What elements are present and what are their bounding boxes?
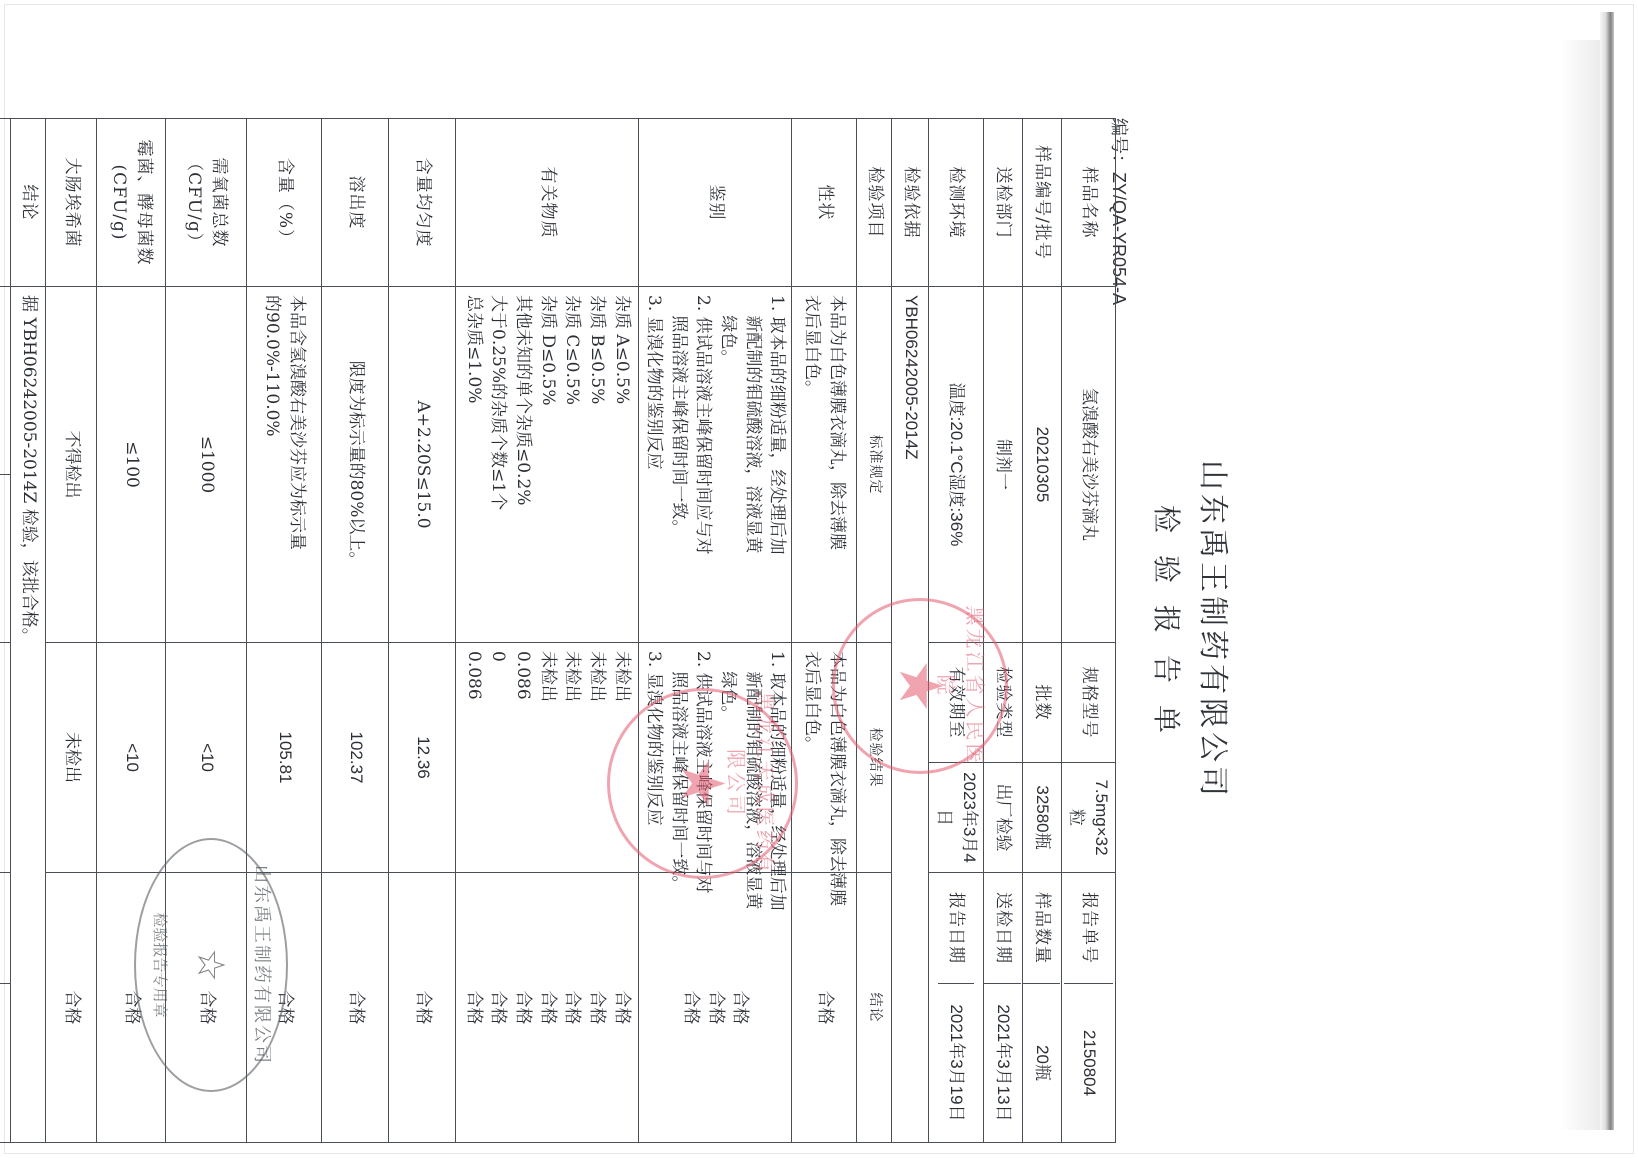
result-cell: 未检出 xyxy=(46,643,97,873)
result-cell: 未检出未检出未检出未检出0.08600.086 xyxy=(456,643,639,873)
result-cell-line: 未检出 xyxy=(535,651,560,864)
test-item-name: 溶出度 xyxy=(322,119,389,287)
test-item-name: 霉菌、酵母菌数(CFU/g) xyxy=(97,119,166,287)
standard-cell: ≤100 xyxy=(97,287,166,643)
conclusion-cell-line: 合格 xyxy=(272,881,297,1134)
standard-cell: 本品为白色薄膜衣滴丸，除去薄膜衣后显白色。 xyxy=(792,287,857,643)
standard-cell: 1. 取本品的细粉适量，经处理后加新配制的钼硫酸溶液，溶液显黄绿色。2. 供试品… xyxy=(639,287,792,643)
conclusion-cell: 合格合格合格 xyxy=(639,873,792,1143)
result-cell-line: <10 xyxy=(194,651,219,864)
standard-cell-line: ≤100 xyxy=(119,295,144,634)
basis-label: 检验依据 xyxy=(892,119,929,287)
inspector-label: 检验人 xyxy=(0,119,11,287)
conclusion-cell-line: 合格 xyxy=(535,881,560,1134)
result-cell-line: 本品为白色薄膜衣滴丸，除去薄膜 xyxy=(824,651,849,864)
conclusion-cell-line: 合格 xyxy=(703,881,728,1134)
row-env: 检测环境 温度:20.1°C湿度:36% 有效期至 2023年3月4日 报告日期… xyxy=(929,119,983,1143)
result-cell-line: <10 xyxy=(119,651,144,864)
test-item-name: 有关物质 xyxy=(456,119,639,287)
conclusion-cell-line: 合格 xyxy=(410,881,435,1134)
test-item-row: 鉴别1. 取本品的细粉适量，经处理后加新配制的钼硫酸溶液，溶液显黄绿色。2. 供… xyxy=(639,119,792,1143)
sample-qty-cell: 样品数量 20瓶 xyxy=(1022,873,1061,1143)
sample-name-label: 样品名称 xyxy=(1061,119,1115,287)
col-header-conclusion: 结论 xyxy=(857,873,892,1143)
conclusion-cell: 合格 xyxy=(792,873,857,1143)
row-basis: 检验依据 YBH06242005-2014Z xyxy=(892,119,929,1143)
dept-value: 制剂一 xyxy=(983,287,1022,643)
standard-cell: 不得检出 xyxy=(46,287,97,643)
conclusion-cell-line: 合格 xyxy=(461,881,486,1134)
result-cell-line: 未检出 xyxy=(560,651,585,864)
conclusion-cell: 合格 xyxy=(97,873,166,1143)
conclusion-cell-line: 合格 xyxy=(812,881,837,1134)
result-cell: <10 xyxy=(166,643,247,873)
expiry-value: 2023年3月4日 xyxy=(929,763,983,873)
result-cell-line: 1. 取本品的细粉适量，经处理后加 xyxy=(765,651,790,864)
company-name: 山东禹王制药有限公司 xyxy=(1194,118,1238,1142)
conclusion-cell-line: 合格 xyxy=(728,881,753,1134)
standard-cell-line: 杂质 C≤0.5% xyxy=(560,295,585,634)
result-cell-line: 新配制的钼硫酸溶液，溶液显黄 xyxy=(740,651,765,864)
conclusion-cell-line: 合格 xyxy=(486,881,511,1134)
type-value: 出厂检验 xyxy=(983,763,1022,873)
result-cell: <10 xyxy=(97,643,166,873)
result-cell-line: 105.81 xyxy=(272,651,297,864)
standard-cell-line: 杂质 D≤0.5% xyxy=(535,295,560,634)
type-label: 检验类型 xyxy=(983,643,1022,763)
row-signatures: 检验人 孙立红 复核人 马雪 批准人 刘丽 xyxy=(0,119,11,1143)
test-item-name: 大肠埃希菌 xyxy=(46,119,97,287)
standard-cell: 限度为标示量的80%以上。 xyxy=(322,287,389,643)
inspection-report-page: 山东禹王制药有限公司 检验报告单 编号：ZY/QA-YR054-A 样品名称 氢… xyxy=(118,118,1308,1142)
test-item-row: 含量（%）本品含氢溴酸右美沙芬应为标示量的90.0%-110.0%105.81合… xyxy=(247,119,322,1143)
conclusion-cell-line: 合格 xyxy=(194,881,219,1134)
standard-cell-line: 本品含氢溴酸右美沙芬应为标示量 xyxy=(284,295,309,634)
test-item-name: 需氧菌总数（CFU/g） xyxy=(166,119,247,287)
conclusion-cell-line: 合格 xyxy=(59,881,84,1134)
result-cell-line: 绿色。 xyxy=(715,651,740,864)
conclusion-cell: 合格 xyxy=(46,873,97,1143)
test-item-row: 大肠埃希菌不得检出未检出合格 xyxy=(46,119,97,1143)
result-cell-line: 照品溶液主峰保留时间一致。 xyxy=(666,651,691,864)
result-cell: 本品为白色薄膜衣滴丸，除去薄膜衣后显白色。 xyxy=(792,643,857,873)
test-item-row: 性状本品为白色薄膜衣滴丸，除去薄膜衣后显白色。本品为白色薄膜衣滴丸，除去薄膜衣后… xyxy=(792,119,857,1143)
test-item-name: 含量均匀度 xyxy=(389,119,456,287)
row-dept: 送检部门 制剂一 检验类型 出厂检验 送检日期 2021年3月13日 xyxy=(983,119,1022,1143)
conclusion-cell-line: 合格 xyxy=(609,881,634,1134)
col-header-result: 检验结果 xyxy=(857,643,892,873)
row-batch: 样品编号/批号 20210305 批数 32580瓶 样品数量 20瓶 xyxy=(1022,119,1061,1143)
reviewer-label: 复核人 xyxy=(0,475,11,643)
conclusion-cell: 合格 xyxy=(322,873,389,1143)
inspector-name: 孙立红 xyxy=(0,287,11,475)
result-cell-line: 102.37 xyxy=(343,651,368,864)
report-title: 检验报告单 xyxy=(1148,118,1188,1142)
conclusion-cell: 合格 xyxy=(389,873,456,1143)
test-item-row: 含量均匀度A+2.20S≤15.012.36合格 xyxy=(389,119,456,1143)
report-no-cell: 报告单号 2150804 xyxy=(1061,873,1115,1143)
standard-cell-line: 的90.0%-110.0% xyxy=(260,295,285,634)
result-cell-line: 未检出 xyxy=(584,651,609,864)
standard-cell: A+2.20S≤15.0 xyxy=(389,287,456,643)
report-no-label: 报告单号 xyxy=(1064,873,1113,984)
final-conclusion-label: 结论 xyxy=(11,119,46,287)
test-item-name: 含量（%） xyxy=(247,119,322,287)
conclusion-cell-line: 合格 xyxy=(119,881,144,1134)
test-item-row: 霉菌、酵母菌数(CFU/g)≤100<10合格 xyxy=(97,119,166,1143)
standard-cell-line: 本品为白色薄膜衣滴丸，除去薄膜 xyxy=(824,295,849,634)
standard-cell: 杂质 A≤0.5%杂质 B≤0.5%杂质 C≤0.5%杂质 D≤0.5%其他未知… xyxy=(456,287,639,643)
result-cell: 12.36 xyxy=(389,643,456,873)
standard-cell-line: 绿色。 xyxy=(715,295,740,634)
spec-label: 规格型号 xyxy=(1061,643,1115,763)
test-item-name: 鉴别 xyxy=(639,119,792,287)
conclusion-cell-line: 合格 xyxy=(560,881,585,1134)
sample-name-value: 氢溴酸右美沙芬滴丸 xyxy=(1061,287,1115,643)
test-item-row: 需氧菌总数（CFU/g）≤1000<10合格 xyxy=(166,119,247,1143)
result-cell-line: 0.086 xyxy=(461,651,486,864)
scan-shadow xyxy=(1560,40,1600,1130)
report-date-value: 2021年3月19日 xyxy=(938,984,975,1142)
sample-qty-label: 样品数量 xyxy=(1023,873,1060,984)
standard-cell-line: 衣后显白色。 xyxy=(800,295,825,634)
approver-label: 批准人 xyxy=(0,873,10,984)
result-cell-line: 0.086 xyxy=(510,651,535,864)
standard-cell-line: 照品溶液主峰保留时间一致。 xyxy=(666,295,691,634)
basis-value: YBH06242005-2014Z xyxy=(892,287,929,1143)
batch-qty-value: 32580瓶 xyxy=(1022,763,1061,873)
standard-cell-line: 1. 取本品的细粉适量，经处理后加 xyxy=(765,295,790,634)
result-cell-line: 0 xyxy=(486,651,511,864)
standard-cell-line: 新配制的钼硫酸溶液，溶液显黄 xyxy=(740,295,765,634)
env-value: 温度:20.1°C湿度:36% xyxy=(929,287,983,643)
report-date-cell: 报告日期 2021年3月19日 xyxy=(929,873,983,1143)
report-date-label: 报告日期 xyxy=(938,873,975,984)
conclusion-cell: 合格 xyxy=(166,873,247,1143)
conclusion-cell-line: 合格 xyxy=(584,881,609,1134)
report-no-value: 2150804 xyxy=(1064,984,1113,1142)
env-label: 检测环境 xyxy=(929,119,983,287)
test-items: 性状本品为白色薄膜衣滴丸，除去薄膜衣后显白色。本品为白色薄膜衣滴丸，除去薄膜衣后… xyxy=(46,119,857,1143)
submit-date-value: 2021年3月13日 xyxy=(984,984,1021,1142)
batch-value: 20210305 xyxy=(1022,287,1061,643)
row-final-conclusion: 结论 据 YBH06242005-2014Z 检验，该批合格。 xyxy=(11,119,46,1143)
result-cell-line: 2. 供试品溶液主峰保留时间与对 xyxy=(691,651,716,864)
standard-cell: ≤1000 xyxy=(166,287,247,643)
inspection-table: 样品名称 氢溴酸右美沙芬滴丸 规格型号 7.5mg×32粒 报告单号 21508… xyxy=(0,118,1116,1143)
col-header-item: 检验项目 xyxy=(857,119,892,287)
conclusion-cell: 合格合格合格合格合格合格合格 xyxy=(456,873,639,1143)
conclusion-cell-line: 合格 xyxy=(678,881,703,1134)
expiry-label: 有效期至 xyxy=(929,643,983,763)
standard-cell-line: 不得检出 xyxy=(59,295,84,634)
batch-label: 样品编号/批号 xyxy=(1022,119,1061,287)
conclusion-cell-line: 合格 xyxy=(510,881,535,1134)
spec-value: 7.5mg×32粒 xyxy=(1061,763,1115,873)
row-sample-name: 样品名称 氢溴酸右美沙芬滴丸 规格型号 7.5mg×32粒 报告单号 21508… xyxy=(1061,119,1115,1143)
standard-cell-line: A+2.20S≤15.0 xyxy=(410,295,435,634)
standard-cell-line: 杂质 B≤0.5% xyxy=(584,295,609,634)
result-cell-line: 12.36 xyxy=(410,651,435,864)
conclusion-cell: 合格 xyxy=(247,873,322,1143)
standard-cell-line: 2. 供试品溶液主峰保留时间应与对 xyxy=(691,295,716,634)
result-cell: 105.81 xyxy=(247,643,322,873)
test-item-row: 溶出度限度为标示量的80%以上。102.37合格 xyxy=(322,119,389,1143)
test-item-name: 性状 xyxy=(792,119,857,287)
standard-cell-line: 3. 显溴化物的鉴别反应 xyxy=(642,295,667,634)
result-cell-line: 未检出 xyxy=(59,651,84,864)
standard-cell-line: 限度为标示量的80%以上。 xyxy=(343,295,368,634)
document-header: 山东禹王制药有限公司 检验报告单 编号：ZY/QA-YR054-A xyxy=(1098,118,1308,1142)
dept-label: 送检部门 xyxy=(983,119,1022,287)
result-cell: 1. 取本品的细粉适量，经处理后加新配制的钼硫酸溶液，溶液显黄绿色。2. 供试品… xyxy=(639,643,792,873)
standard-cell-line: 大于0.25%的杂质个数≤1个 xyxy=(486,295,511,634)
row-column-headers: 检验项目 标准规定 检验结果 结论 xyxy=(857,119,892,1143)
approver-cell: 批准人 刘丽 xyxy=(0,873,11,1143)
submit-date-cell: 送检日期 2021年3月13日 xyxy=(983,873,1022,1143)
batch-qty-label: 批数 xyxy=(1022,643,1061,763)
result-cell: 102.37 xyxy=(322,643,389,873)
conclusion-cell-line: 合格 xyxy=(343,881,368,1134)
reviewer-name: 马雪 xyxy=(0,643,11,873)
standard-cell-line: 杂质 A≤0.5% xyxy=(609,295,634,634)
sample-qty-value: 20瓶 xyxy=(1023,984,1060,1142)
standard-cell: 本品含氢溴酸右美沙芬应为标示量的90.0%-110.0% xyxy=(247,287,322,643)
col-header-standard: 标准规定 xyxy=(857,287,892,643)
result-cell-line: 3. 显溴化物的鉴别反应 xyxy=(642,651,667,864)
standard-cell-line: 总杂质≤1.0% xyxy=(461,295,486,634)
test-item-row: 有关物质杂质 A≤0.5%杂质 B≤0.5%杂质 C≤0.5%杂质 D≤0.5%… xyxy=(456,119,639,1143)
final-conclusion-text: 据 YBH06242005-2014Z 检验，该批合格。 xyxy=(11,287,46,1143)
result-cell-line: 衣后显白色。 xyxy=(800,651,825,864)
standard-cell-line: ≤1000 xyxy=(194,295,219,634)
standard-cell-line: 其他未知的单个杂质≤0.2% xyxy=(510,295,535,634)
result-cell-line: 未检出 xyxy=(609,651,634,864)
scan-binding-edge xyxy=(1600,12,1614,1130)
approver-signature: 刘丽 xyxy=(0,984,10,1142)
submit-date-label: 送检日期 xyxy=(984,873,1021,984)
